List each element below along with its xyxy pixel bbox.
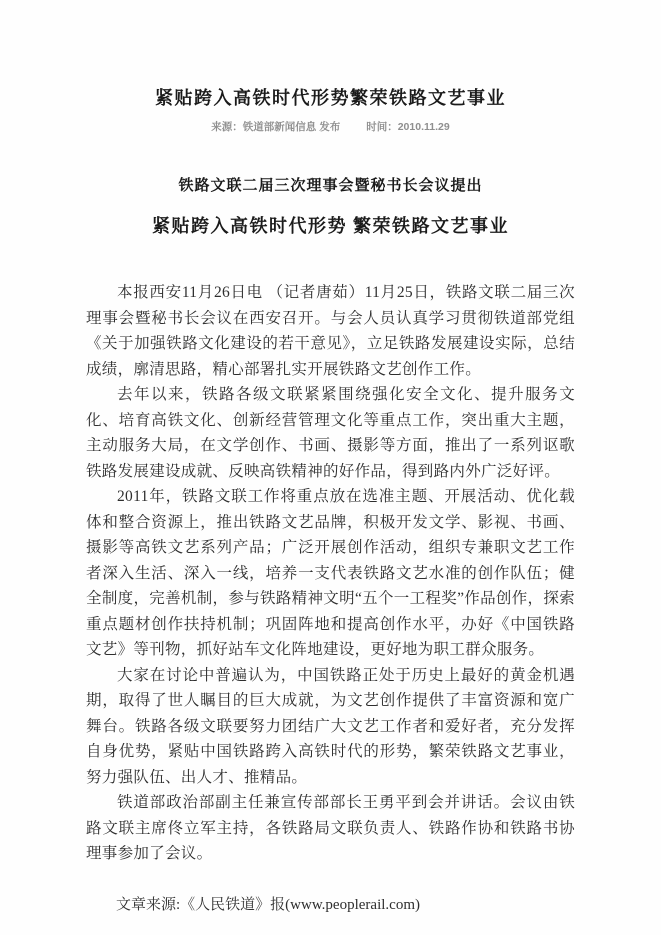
- paragraph: 去年以来，铁路各级文联紧紧围绕强化安全文化、提升服务文化、培育高铁文化、创新经营…: [86, 382, 575, 484]
- article-subtitle: 铁路文联二届三次理事会暨秘书长会议提出: [86, 174, 575, 195]
- article-headline: 紧贴跨入高铁时代形势 繁荣铁路文艺事业: [86, 212, 575, 238]
- meta-source: 来源：铁道部新闻信息 发布: [211, 121, 340, 133]
- paragraph: 铁道部政治部副主任兼宣传部部长王勇平到会并讲话。会议由铁路文联主席佟立军主持，各…: [86, 790, 575, 867]
- paragraph: 2011年，铁路文联工作将重点放在选准主题、开展活动、优化载体和整合资源上，推出…: [86, 484, 575, 663]
- meta-time: 时间：2010.11.29: [366, 121, 449, 133]
- document-page: 紧贴跨入高铁时代形势繁荣铁路文艺事业 来源：铁道部新闻信息 发布时间：2010.…: [0, 0, 661, 935]
- article-meta: 来源：铁道部新闻信息 发布时间：2010.11.29: [86, 119, 575, 134]
- paragraph: 大家在讨论中普遍认为，中国铁路正处于历史上最好的黄金机遇期，取得了世人瞩目的巨大…: [86, 663, 575, 791]
- article-title: 紧贴跨入高铁时代形势繁荣铁路文艺事业: [86, 84, 575, 110]
- paragraph: 本报西安11月26日电 （记者唐茹）11月25日，铁路文联二届三次理事会暨秘书长…: [86, 280, 575, 382]
- article-body: 本报西安11月26日电 （记者唐茹）11月25日，铁路文联二届三次理事会暨秘书长…: [86, 280, 575, 867]
- footer-source: 文章来源:《人民铁道》报(www.peoplerail.com): [86, 893, 575, 914]
